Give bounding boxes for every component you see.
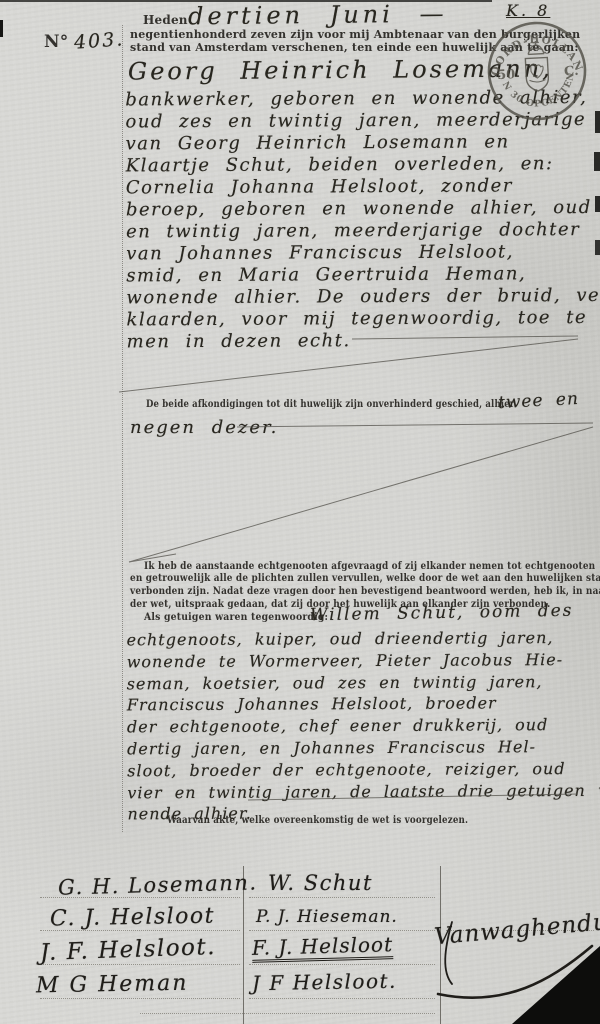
revenue-stamp-graphic: NOORD-HOLLAND EN 30 OPCENTEN 50 C. xyxy=(481,15,592,126)
hw-line: beroep, geboren en wonende alhier, oud t… xyxy=(126,197,600,222)
signature-father-bride: J. F. Helsloot. xyxy=(40,934,217,966)
hw-line: nende alhier. xyxy=(127,801,600,825)
signature-witness-4: J F Helsloot. xyxy=(252,969,397,996)
revenue-stamp: NOORD-HOLLAND EN 30 OPCENTEN 50 C. xyxy=(481,15,592,126)
hw-line: vier en twintig jaren, de laatste drie g… xyxy=(127,779,600,803)
hw-line: en twintig jaren, meerderjarige dochter xyxy=(126,219,600,244)
printed-text: Ik heb de aanstaande echtgenooten afgevr… xyxy=(144,560,595,573)
scan-edge-artifact xyxy=(0,20,3,37)
signature-groom: G. H. Losemann. xyxy=(58,870,258,899)
hw-line: echtgenoots, kuiper, oud drieendertig ja… xyxy=(126,627,600,651)
marriage-certificate-scan: K. 8 N° 403. Heden dertien Juni — negent… xyxy=(0,0,600,1024)
hw-line: Klaartje Schut, beiden overleden, en: xyxy=(126,153,600,178)
printed-ceremony-line2: en getrouwelijk alle de plichten zullen … xyxy=(130,573,600,584)
printed-text: Als getuigen waren tegenwoordig: xyxy=(144,612,328,623)
signature-bride: C. J. Helsloot xyxy=(50,904,215,932)
scan-corner-shadow xyxy=(512,946,600,1024)
hw-witness-inline: Willem Schut, oom des xyxy=(310,601,574,626)
printed-text: verbonden zijn. Nadat deze vragen door h… xyxy=(130,586,600,597)
hw-proclamation-line2: negen dezer. xyxy=(130,417,278,438)
stamp-value-c: C. xyxy=(564,64,579,80)
hw-line: van Georg Heinrich Losemann en xyxy=(126,131,600,156)
hw-proclamation-inline: twee en xyxy=(498,389,580,413)
signature-witness-2: P. J. Hieseman. xyxy=(256,907,398,927)
hw-line: der echtgenoote, chef eener drukkerij, o… xyxy=(127,714,600,738)
hw-line: van Johannes Franciscus Helsloot, xyxy=(126,241,600,266)
printed-heden: Heden xyxy=(143,13,188,27)
signature-baseline xyxy=(249,964,435,965)
hw-line: dertig jaren, en Johannes Franciscus Hel… xyxy=(127,736,600,760)
signature-mother-bride: M G Heman xyxy=(36,971,189,999)
registrar-flourish-swoosh xyxy=(438,946,592,998)
stamp-value-50: 50 xyxy=(497,67,516,83)
signature-baseline xyxy=(249,897,435,898)
signature-witness-3: F. J. Helsloot xyxy=(252,932,394,963)
printed-ceremony-line3: verbonden zijn. Nadat deze vragen door h… xyxy=(130,586,600,597)
hw-line: Cornelia Johanna Helsloot, zonder xyxy=(126,175,600,200)
signature-baseline xyxy=(249,998,435,999)
printed-text: en getrouwelijk alle de plichten zullen … xyxy=(130,573,600,584)
record-number-label: N° xyxy=(44,32,68,52)
signature-baseline xyxy=(140,1013,435,1014)
hw-line: sloot, broeder der echtgenoote, reiziger… xyxy=(127,757,600,781)
hw-witness-block: echtgenoots, kuiper, oud drieendertig ja… xyxy=(126,627,600,826)
record-number-value: 403. xyxy=(73,28,125,53)
hw-line: seman, koetsier, oud zes en twintig jare… xyxy=(127,670,600,694)
hw-parties-block: bankwerker, geboren en wonende alhier, o… xyxy=(125,87,600,354)
hw-line: wonende alhier. De ouders der bruid, ver… xyxy=(126,285,600,310)
printed-ceremony-line1: Ik heb de aanstaande echtgenooten afgevr… xyxy=(144,560,600,573)
margin-rule xyxy=(122,25,123,832)
printed-proclamations-text: De beide afkondigingen tot dit huwelijk … xyxy=(146,399,514,410)
signature-registrar: Vanwaghenduy xyxy=(433,908,600,950)
hw-line: klaarden, voor mij tegenwoordig, toe te … xyxy=(126,307,600,332)
signature-baseline xyxy=(40,998,240,999)
signature-witness-1: W. Schut xyxy=(268,871,373,895)
filler-diagonal xyxy=(129,427,593,562)
hw-line: Franciscus Johannes Helsloot, broeder xyxy=(127,692,600,716)
hw-line: smid, en Maria Geertruida Heman, xyxy=(126,263,600,288)
signature-baseline xyxy=(249,930,435,931)
hw-line: wonende te Wormerveer, Pieter Jacobus Hi… xyxy=(127,648,600,672)
hw-date: dertien Juni — xyxy=(188,0,448,30)
hw-line: men in dezen echt. xyxy=(127,329,600,354)
filler-line xyxy=(237,423,593,427)
